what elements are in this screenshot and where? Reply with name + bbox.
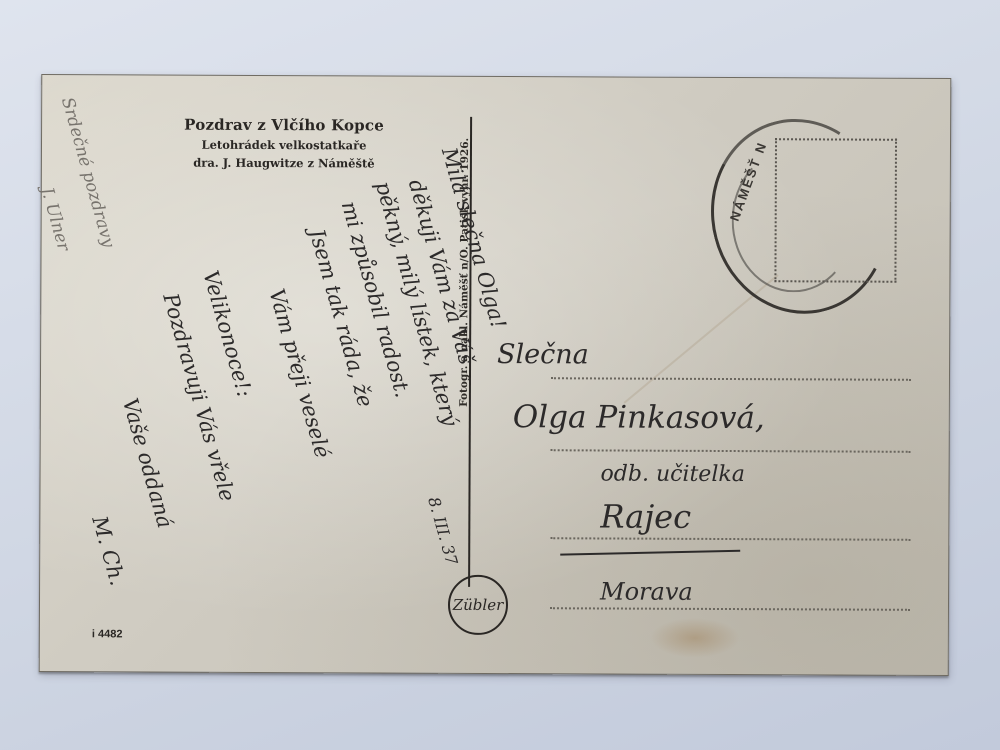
message-signature: M. Ch.: [87, 513, 129, 588]
address-rule-2: [551, 449, 911, 453]
message-date: 8. III. 37: [424, 495, 461, 567]
message-line: Vám přeji veselé: [264, 286, 335, 461]
series-number: i 4482: [92, 628, 123, 640]
address-line-1: Slečna: [497, 339, 589, 370]
postcard-subtitle-1: Letohrádek velkostatkaře: [154, 138, 414, 153]
address-underline: [560, 550, 740, 556]
postcard-title: Pozdrav z Vlčího Kopce: [154, 116, 414, 135]
address-rule-1: [551, 377, 911, 381]
address-line-2: Olga Pinkasová,: [513, 399, 765, 436]
printed-heading: Pozdrav z Vlčího Kopce Letohrádek velkos…: [154, 116, 414, 171]
message-line: Vaše oddaná: [118, 395, 177, 530]
address-line-5: Morava: [600, 577, 693, 605]
address-line-4: Rajec: [600, 497, 691, 535]
address-rule-4: [550, 607, 910, 611]
publisher-logo-text: Zübler: [453, 596, 504, 614]
stamp-placeholder-box: [774, 138, 897, 283]
postcard-subtitle-2: dra. J. Haugwitze z Náměště: [154, 156, 414, 171]
pencil-note-line-2: J. Ulner: [37, 185, 74, 253]
water-stain: [650, 618, 740, 658]
postcard-back: Pozdrav z Vlčího Kopce Letohrádek velkos…: [39, 74, 952, 676]
address-rule-3: [550, 537, 910, 541]
publisher-logo-icon: Zübler: [448, 575, 508, 635]
address-line-3: odb. učitelka: [601, 461, 745, 487]
message-line: Velikonoce!:: [198, 268, 256, 400]
